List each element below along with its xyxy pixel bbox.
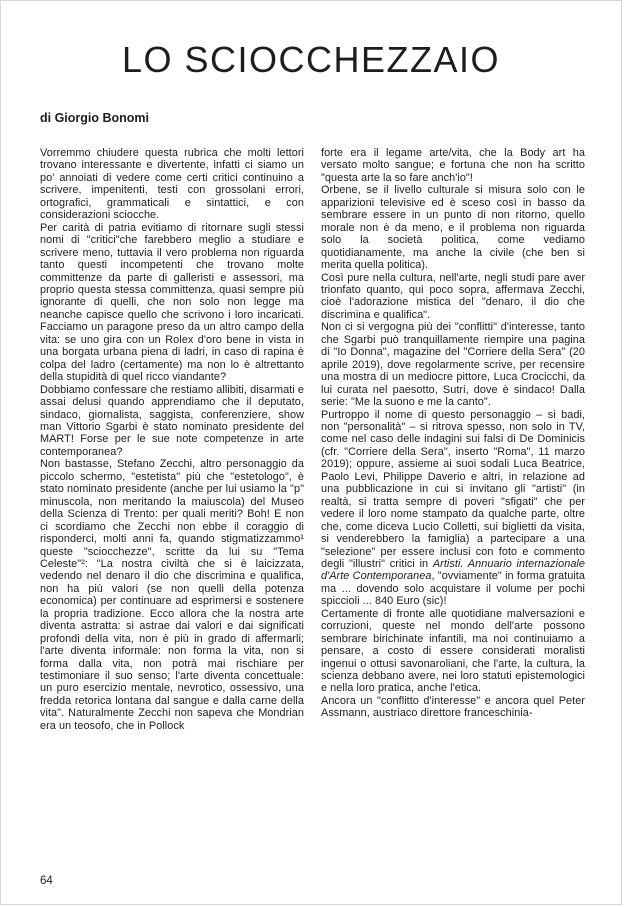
left-column: Vorremmo chiudere questa rubrica che mol…	[40, 147, 304, 869]
article-body: Vorremmo chiudere questa rubrica che mol…	[40, 147, 586, 869]
paragraph: Certamente di fronte alle quotidiane mal…	[321, 608, 585, 695]
paragraph: Purtroppo il nome di questo personaggio …	[321, 409, 585, 608]
paragraph: Ancora un "conflitto d'interesse" e anco…	[321, 695, 585, 720]
right-column: forte era il legame arte/vita, che la Bo…	[321, 147, 585, 869]
paragraph: Orbene, se il livello culturale si misur…	[321, 184, 585, 271]
paragraph: Dobbiamo confessare che restiamo allibit…	[40, 384, 304, 459]
paragraph: forte era il legame arte/vita, che la Bo…	[321, 147, 585, 184]
paragraph: Per carità di patria evitiamo di ritorna…	[40, 222, 304, 384]
paragraph: Vorremmo chiudere questa rubrica che mol…	[40, 147, 304, 222]
paragraph: Non ci si vergogna più dei "conflitti" d…	[321, 321, 585, 408]
paragraph: Non bastasse, Stefano Zecchi, altro pers…	[40, 458, 304, 732]
page-title: LO SCIOCCHEZZAIO	[1, 39, 621, 81]
byline: di Giorgio Bonomi	[40, 111, 149, 125]
magazine-page: LO SCIOCCHEZZAIO di Giorgio Bonomi Vorre…	[0, 0, 622, 905]
page-number: 64	[40, 875, 53, 887]
paragraph: Così pure nella cultura, nell'arte, negl…	[321, 272, 585, 322]
